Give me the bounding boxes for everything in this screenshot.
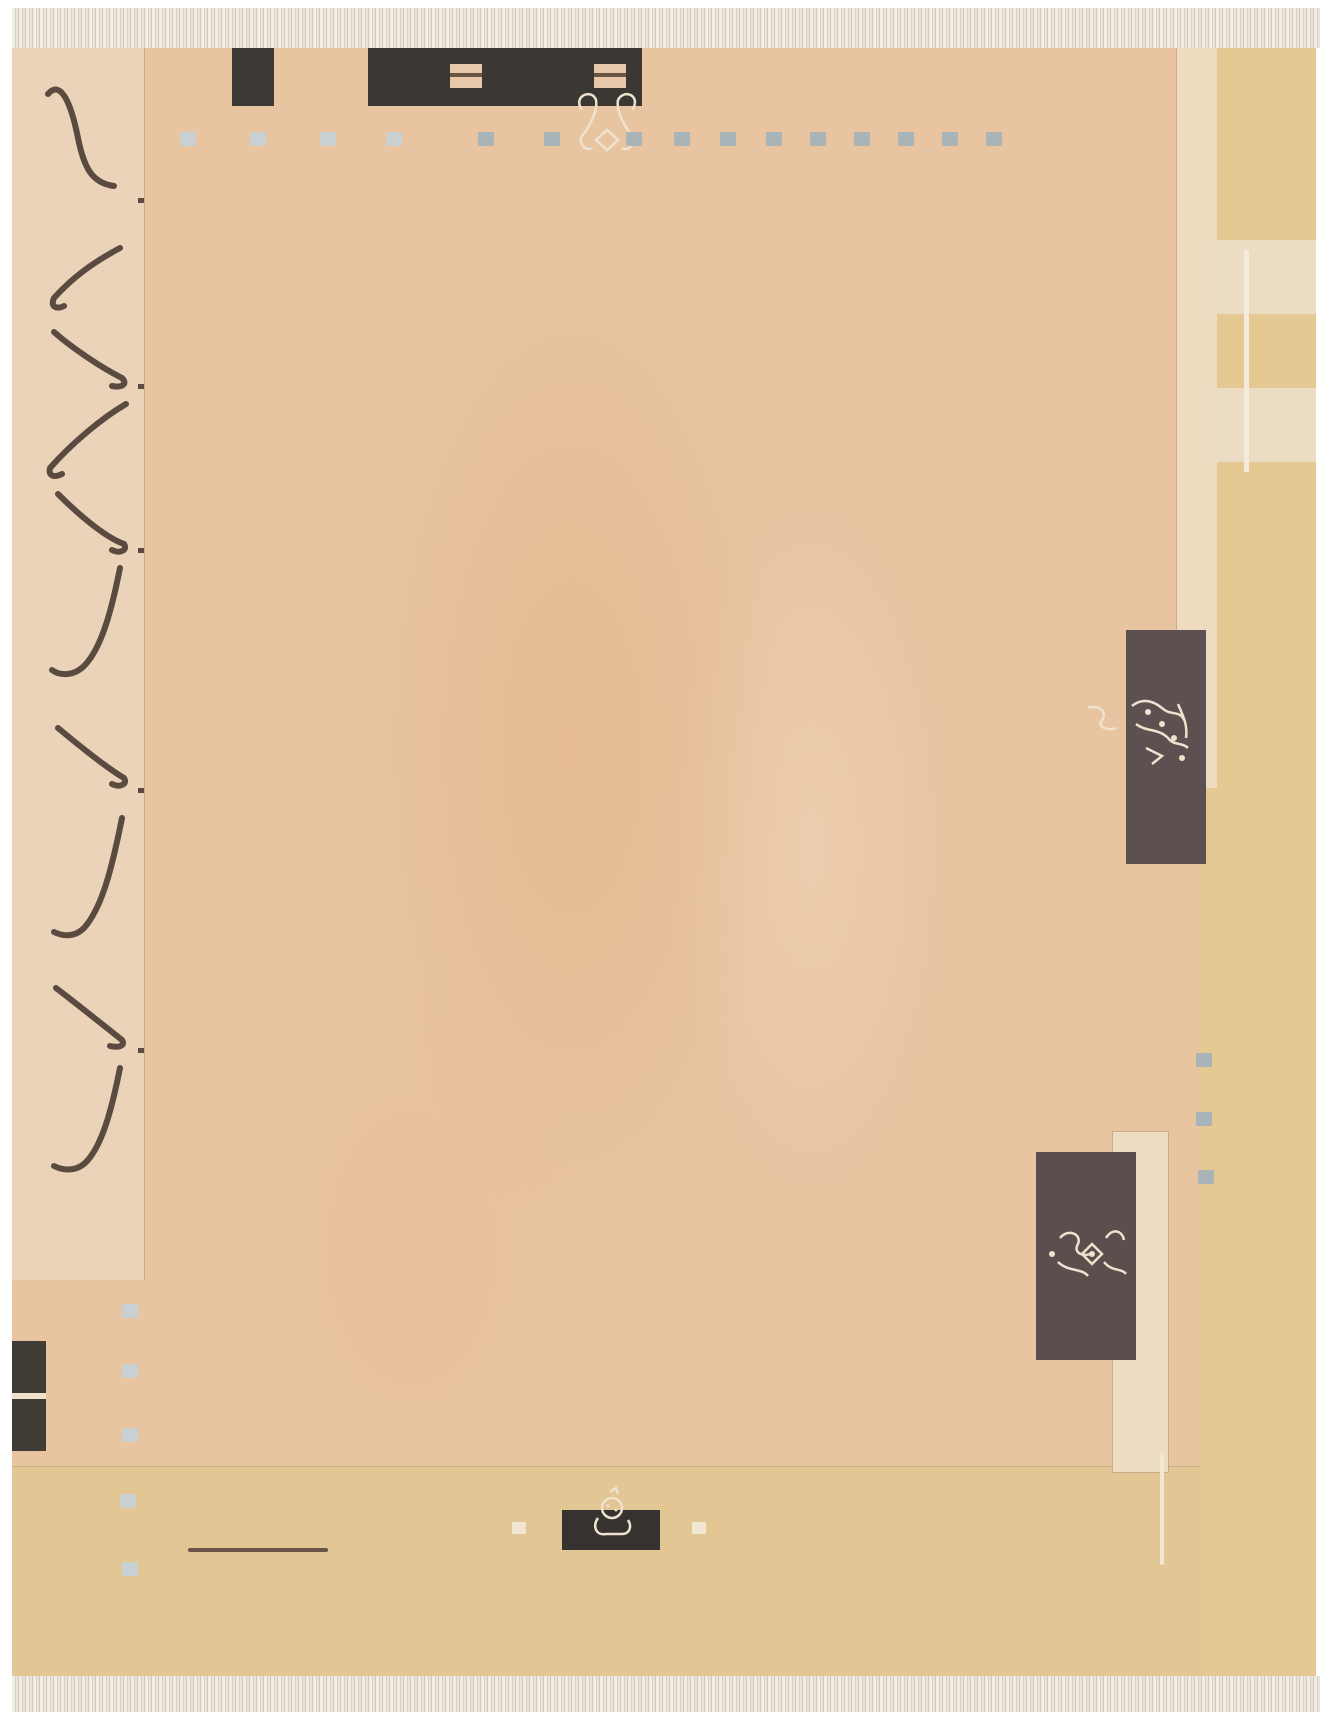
square-motif (250, 132, 266, 146)
square-motif (854, 132, 870, 146)
square-motif (674, 132, 690, 146)
square-motif (1196, 1112, 1212, 1126)
square-motif (1198, 1170, 1214, 1184)
rug-body (12, 48, 1316, 1676)
square-motif (766, 132, 782, 146)
bottom-fringe (12, 1676, 1320, 1712)
square-motif (544, 132, 560, 146)
square-motif (122, 1562, 138, 1576)
square-motif (120, 1494, 136, 1508)
square-motif (122, 1364, 138, 1378)
bottom-ornament-icon (12, 48, 1316, 1676)
square-motif (122, 1428, 138, 1442)
square-motif (942, 132, 958, 146)
square-motif (720, 132, 736, 146)
cream-square-motif (512, 1522, 526, 1534)
square-motif (898, 132, 914, 146)
square-motif (320, 132, 336, 146)
top-fringe (12, 8, 1320, 48)
square-motif (626, 132, 642, 146)
square-motif (478, 132, 494, 146)
bottom-dark-line (188, 1548, 328, 1552)
square-motif (122, 1304, 138, 1318)
square-motif (386, 132, 402, 146)
square-motif (180, 132, 196, 146)
square-motif (1196, 1053, 1212, 1067)
square-motif (810, 132, 826, 146)
rug-photo (0, 0, 1337, 1720)
cream-square-motif (692, 1522, 706, 1534)
square-motif (986, 132, 1002, 146)
